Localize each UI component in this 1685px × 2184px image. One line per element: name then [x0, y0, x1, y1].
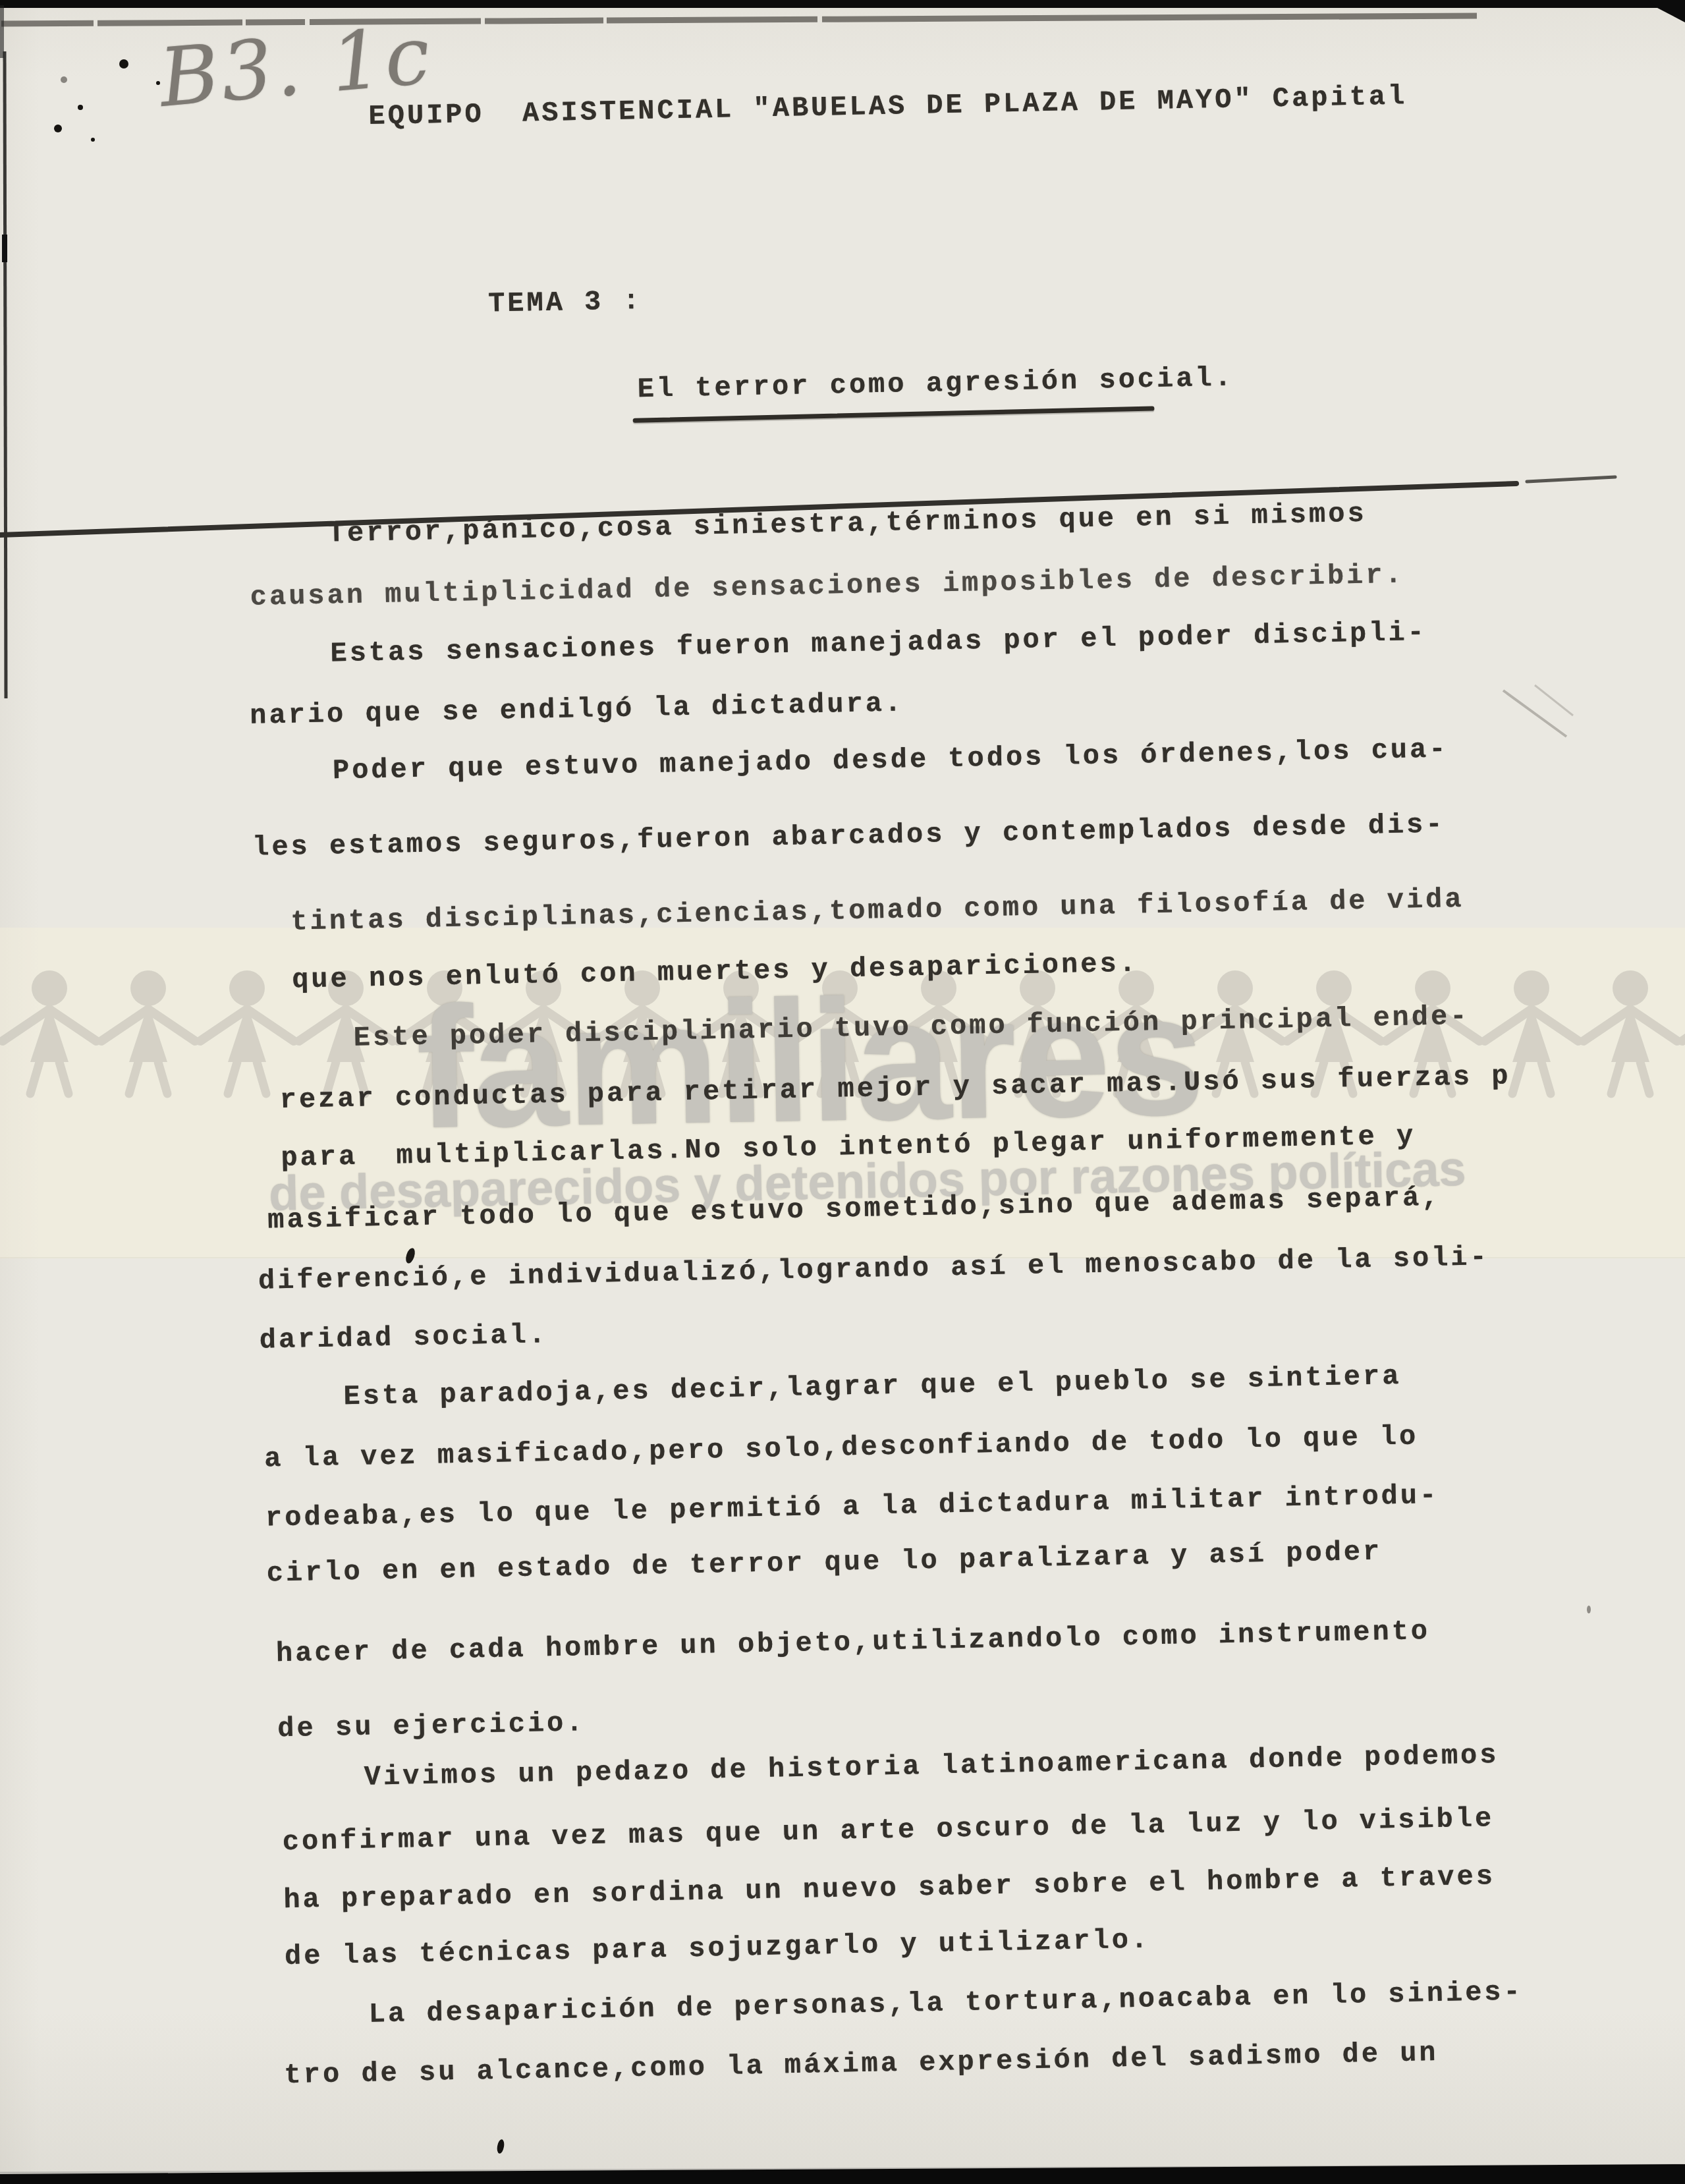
typed-line: rezar conductas para retirar mejor y sac…	[279, 1060, 1511, 1116]
typed-line: Esta paradoja,es decir,lagrar que el pue…	[343, 1360, 1402, 1413]
typed-line: que nos enlutó con muertes y desaparicio…	[292, 948, 1139, 996]
typed-line: masificar todo lo que estuvo sometido,si…	[267, 1182, 1441, 1237]
typed-line: Estas sensaciones fueron manejadas por e…	[330, 617, 1427, 670]
typed-line: diferenció,e individualizó,logrando así …	[258, 1241, 1490, 1297]
typed-line: cirlo en en estado de terror que lo para…	[266, 1536, 1382, 1589]
typed-line: causan multiplicidad de sensaciones impo…	[250, 559, 1404, 614]
typed-content: EQUIPO ASISTENCIAL "ABUELAS DE PLAZA DE …	[0, 0, 1685, 2183]
title-underline	[633, 406, 1155, 422]
typed-line: hacer de cada hombre un objeto,utilizand…	[276, 1615, 1431, 1670]
typed-line: confirmar una vez mas que un arte oscuro…	[282, 1803, 1494, 1858]
typed-line: Este poder disciplinario tuvo como funci…	[353, 1001, 1469, 1054]
typed-line: rodeaba,es lo que le permitió a la dicta…	[265, 1480, 1439, 1534]
typed-line: de su ejercicio.	[277, 1707, 586, 1745]
typed-line: para multiplicarlas.No solo intentó pleg…	[281, 1120, 1416, 1174]
document-header: EQUIPO ASISTENCIAL "ABUELAS DE PLAZA DE …	[368, 80, 1408, 132]
tema-label: TEMA 3 :	[488, 285, 643, 320]
document-title: El terror como agresión social.	[637, 362, 1234, 406]
typed-line: La desaparición de personas,la tortura,n…	[368, 1976, 1523, 2030]
typed-line: Poder que estuvo manejado desde todos lo…	[333, 733, 1449, 787]
typed-line: ha preparado en sordina un nuevo saber s…	[283, 1861, 1495, 1916]
typed-line: les estamos seguros,fueron abarcados y c…	[252, 808, 1445, 864]
typed-line: Terror,pánico,cosa siniestra,términos qu…	[327, 498, 1367, 550]
typed-line: tro de su alcance,como la máxima expresi…	[284, 2037, 1439, 2092]
typed-line: de las técnicas para sojuzgarlo y utiliz…	[285, 1924, 1151, 1973]
typed-line: tintas disciplinas,ciencias,tomado como …	[290, 883, 1464, 938]
typed-line: nario que se endilgó la dictadura.	[250, 687, 904, 732]
typed-line: Vivimos un pedazo de historia latinoamer…	[364, 1739, 1499, 1793]
typed-line: a la vez masificado,pero solo,desconfian…	[264, 1420, 1419, 1475]
scanned-page: familiares de desaparecidos y detenidos …	[0, 0, 1685, 2184]
typed-line: daridad social.	[259, 1319, 548, 1357]
